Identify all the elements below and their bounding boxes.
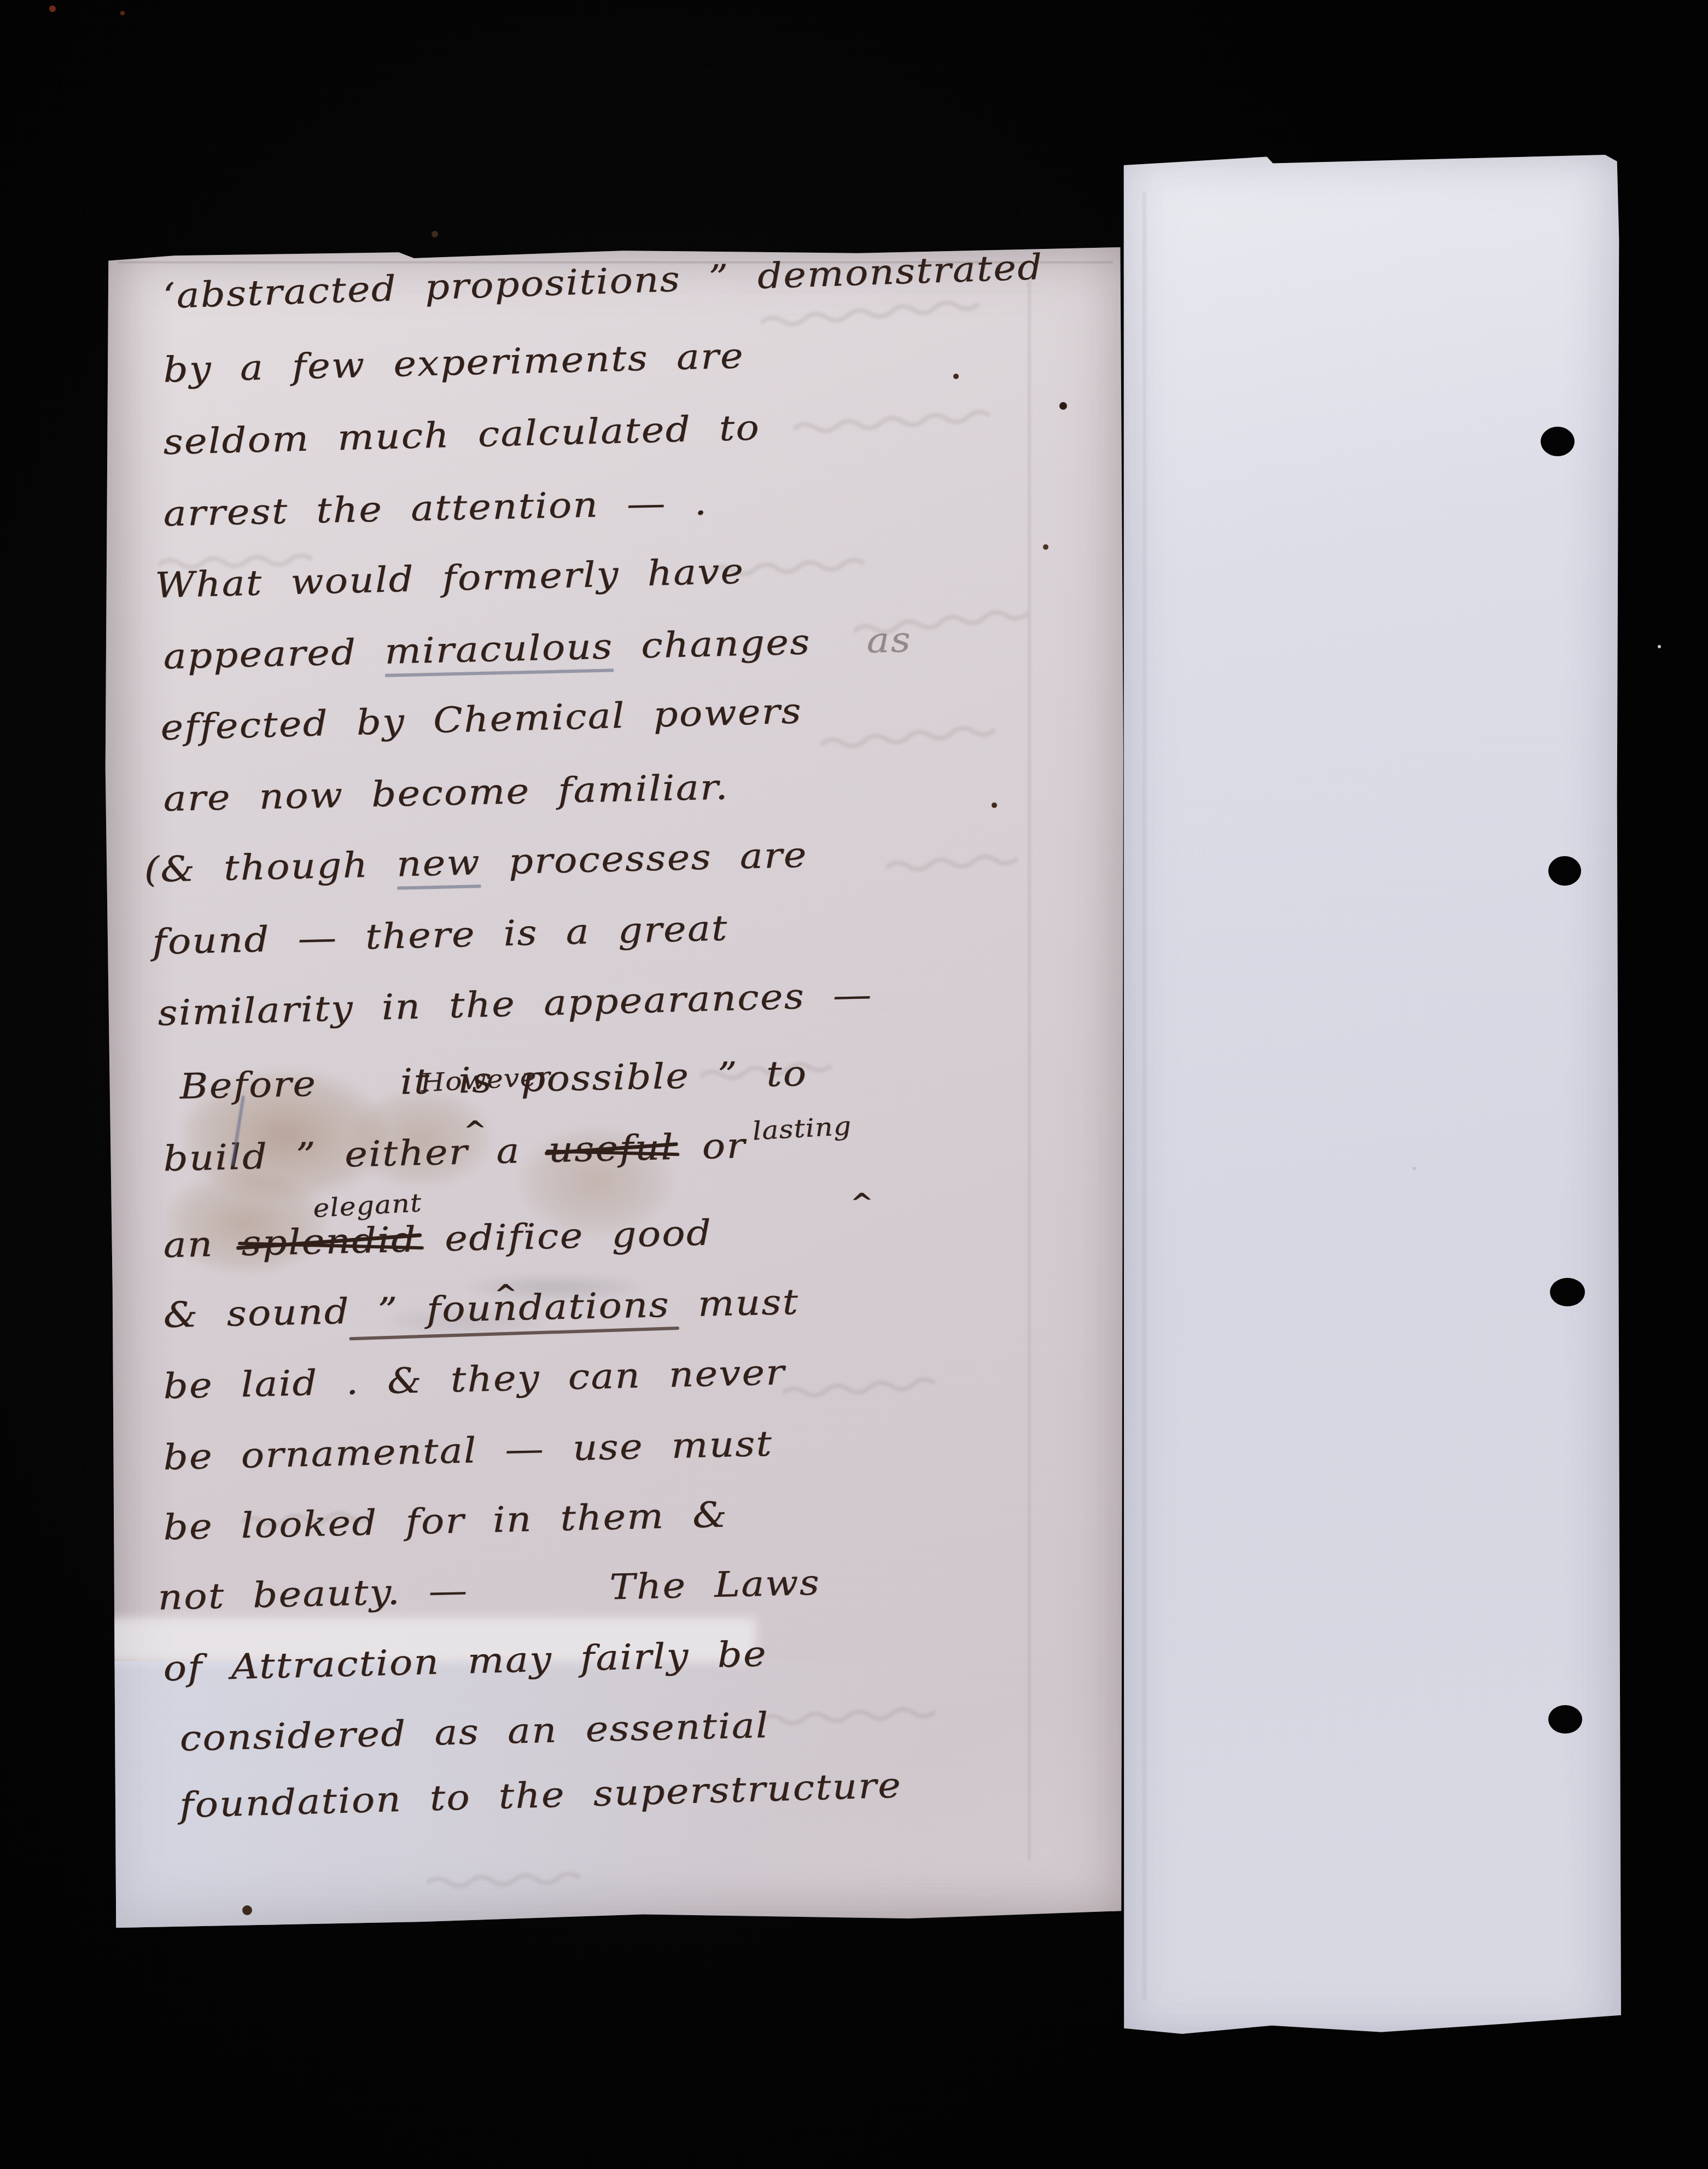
ink-speck <box>953 374 959 379</box>
struck-out-word: splendid <box>241 1220 417 1264</box>
text-segment: an <box>163 1224 242 1266</box>
inserted-word: lasting <box>751 1111 853 1146</box>
punch-hole-4 <box>1548 1705 1582 1734</box>
ink-speck <box>1658 645 1661 648</box>
text-segment: changes <box>613 622 811 667</box>
pencil-underlined-word: new <box>396 842 481 889</box>
punch-hole-1 <box>1541 427 1575 456</box>
ink-speck <box>432 231 438 237</box>
manuscript-line-4: arrest the attention — . <box>163 482 708 549</box>
page-crease <box>1028 280 1030 1860</box>
photograph-stage: ‘abstracted propositions ” demonstratedb… <box>0 0 1708 2169</box>
text-segment: must <box>669 1282 800 1325</box>
ink-underlined-word: foundations <box>426 1285 670 1330</box>
text-segment: The Laws <box>609 1563 821 1608</box>
text-segment: appeared <box>163 632 385 677</box>
ink-speck <box>992 803 997 808</box>
text-segment: not beauty. — <box>158 1571 469 1618</box>
text-segment: build ” either a <box>163 1130 549 1179</box>
ink-speck <box>1059 402 1067 410</box>
ink-speck <box>120 11 125 15</box>
text-segment: edifice good <box>416 1213 713 1260</box>
pencil-underlined-word: miraculous <box>384 626 614 677</box>
text-segment: Before <box>179 1064 317 1107</box>
punch-hole-2 <box>1548 856 1581 886</box>
punch-hole-3 <box>1550 1278 1585 1306</box>
text-segment: or <box>674 1126 747 1168</box>
text-segment: & sound ” <box>163 1290 427 1336</box>
ink-speck <box>1413 1167 1416 1170</box>
struck-out-word: useful <box>548 1127 675 1171</box>
text-segment: processes are <box>480 835 808 883</box>
ink-speck <box>49 5 56 12</box>
inserted-word: elegant <box>312 1188 423 1223</box>
ink-speck <box>242 1905 252 1915</box>
ink-speck <box>1043 544 1048 550</box>
text-segment: as <box>810 620 912 662</box>
text-segment: (& though <box>144 845 397 891</box>
strip-left-crease <box>1143 193 1146 2000</box>
insertion-caret-icon: ^ <box>850 1188 875 1218</box>
